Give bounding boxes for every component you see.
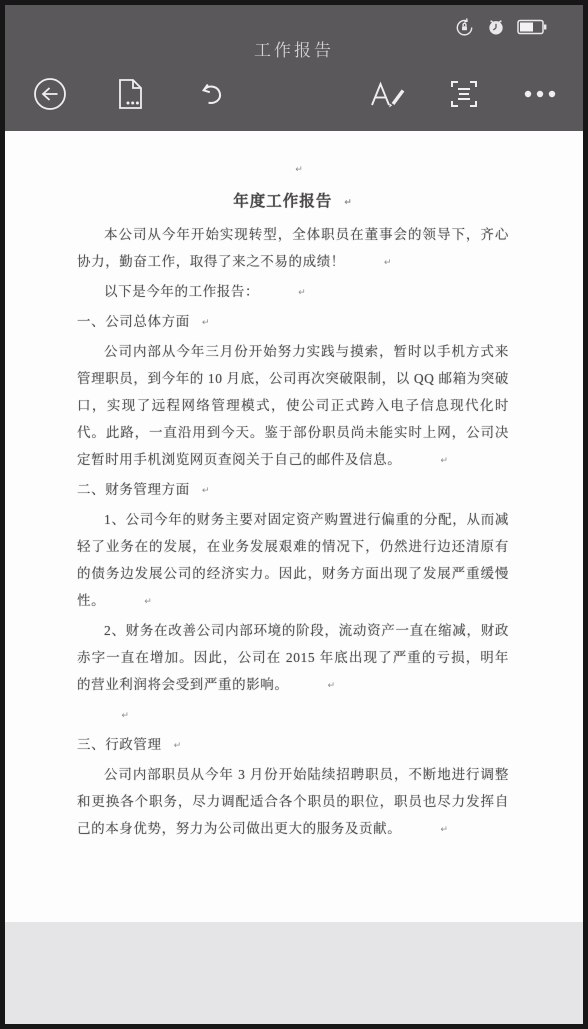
paragraph: 以下是今年的工作报告：↵	[77, 278, 509, 308]
document-export-button[interactable]	[111, 75, 149, 113]
paragraph-mark: ↵	[295, 157, 303, 184]
section-heading: 三、行政管理↵	[77, 731, 509, 761]
empty-paragraph: ↵	[77, 701, 509, 731]
phone-screen: 工作报告	[0, 0, 588, 1029]
section-heading: 一、公司总体方面↵	[77, 308, 509, 338]
paragraph-mark: ↵	[117, 589, 152, 616]
document-page[interactable]: ↵ 年度工作报告↵ 本公司从今年开始实现转型，全体职员在董事会的领导下，齐心协力…	[5, 131, 583, 922]
paragraph-mark: ↵	[413, 817, 448, 844]
battery-icon	[517, 19, 547, 35]
paragraph: 公司内部从今年三月份开始努力实践与摸索，暂时以手机方式来管理职员，到今年的 10…	[77, 338, 509, 476]
page-end-background	[5, 922, 583, 1024]
rotation-lock-icon	[454, 17, 475, 38]
undo-button[interactable]	[191, 75, 229, 113]
paragraph: 2、财务在改善公司内部环境的阶段，流动资产一直在缩减，财政赤字一直在增加。因此，…	[77, 617, 509, 701]
document-heading: 年度工作报告↵	[77, 185, 509, 221]
paragraph-mark: ↵	[174, 733, 182, 760]
back-button[interactable]	[31, 75, 69, 113]
more-button[interactable]	[521, 75, 559, 113]
paragraph: 1、公司今年的财务主要对固定资产购置进行偏重的分配，从而减轻了业务在的发展，在业…	[77, 506, 509, 617]
paragraph-mark: ↵	[301, 673, 336, 700]
paragraph-mark: ↵	[121, 703, 129, 730]
alarm-icon	[486, 17, 506, 37]
status-bar	[5, 5, 583, 39]
toolbar	[5, 67, 583, 113]
document-scroll-area[interactable]: ↵ 年度工作报告↵ 本公司从今年开始实现转型，全体职员在董事会的领导下，齐心协力…	[5, 131, 583, 1024]
document-title-bar: 工作报告	[5, 39, 583, 67]
edit-button[interactable]	[369, 75, 407, 113]
paragraph-mark: ↵	[271, 280, 306, 307]
paragraph-mark: ↵	[344, 187, 353, 220]
paragraph-mark: ↵	[413, 448, 448, 475]
empty-paragraph: ↵	[77, 155, 509, 185]
app-header: 工作报告	[5, 5, 583, 131]
paragraph: 公司内部职员从今年 3 月份开始陆续招聘职员，不断地进行调整和更换各个职务，尽力…	[77, 761, 509, 845]
paragraph: 本公司从今年开始实现转型，全体职员在董事会的领导下，齐心协力，勤奋工作，取得了来…	[77, 221, 509, 278]
section-heading: 二、财务管理方面↵	[77, 476, 509, 506]
paragraph-mark: ↵	[357, 250, 392, 277]
reflow-view-button[interactable]	[445, 75, 483, 113]
paragraph-mark: ↵	[202, 310, 210, 337]
paragraph-mark: ↵	[202, 478, 210, 505]
